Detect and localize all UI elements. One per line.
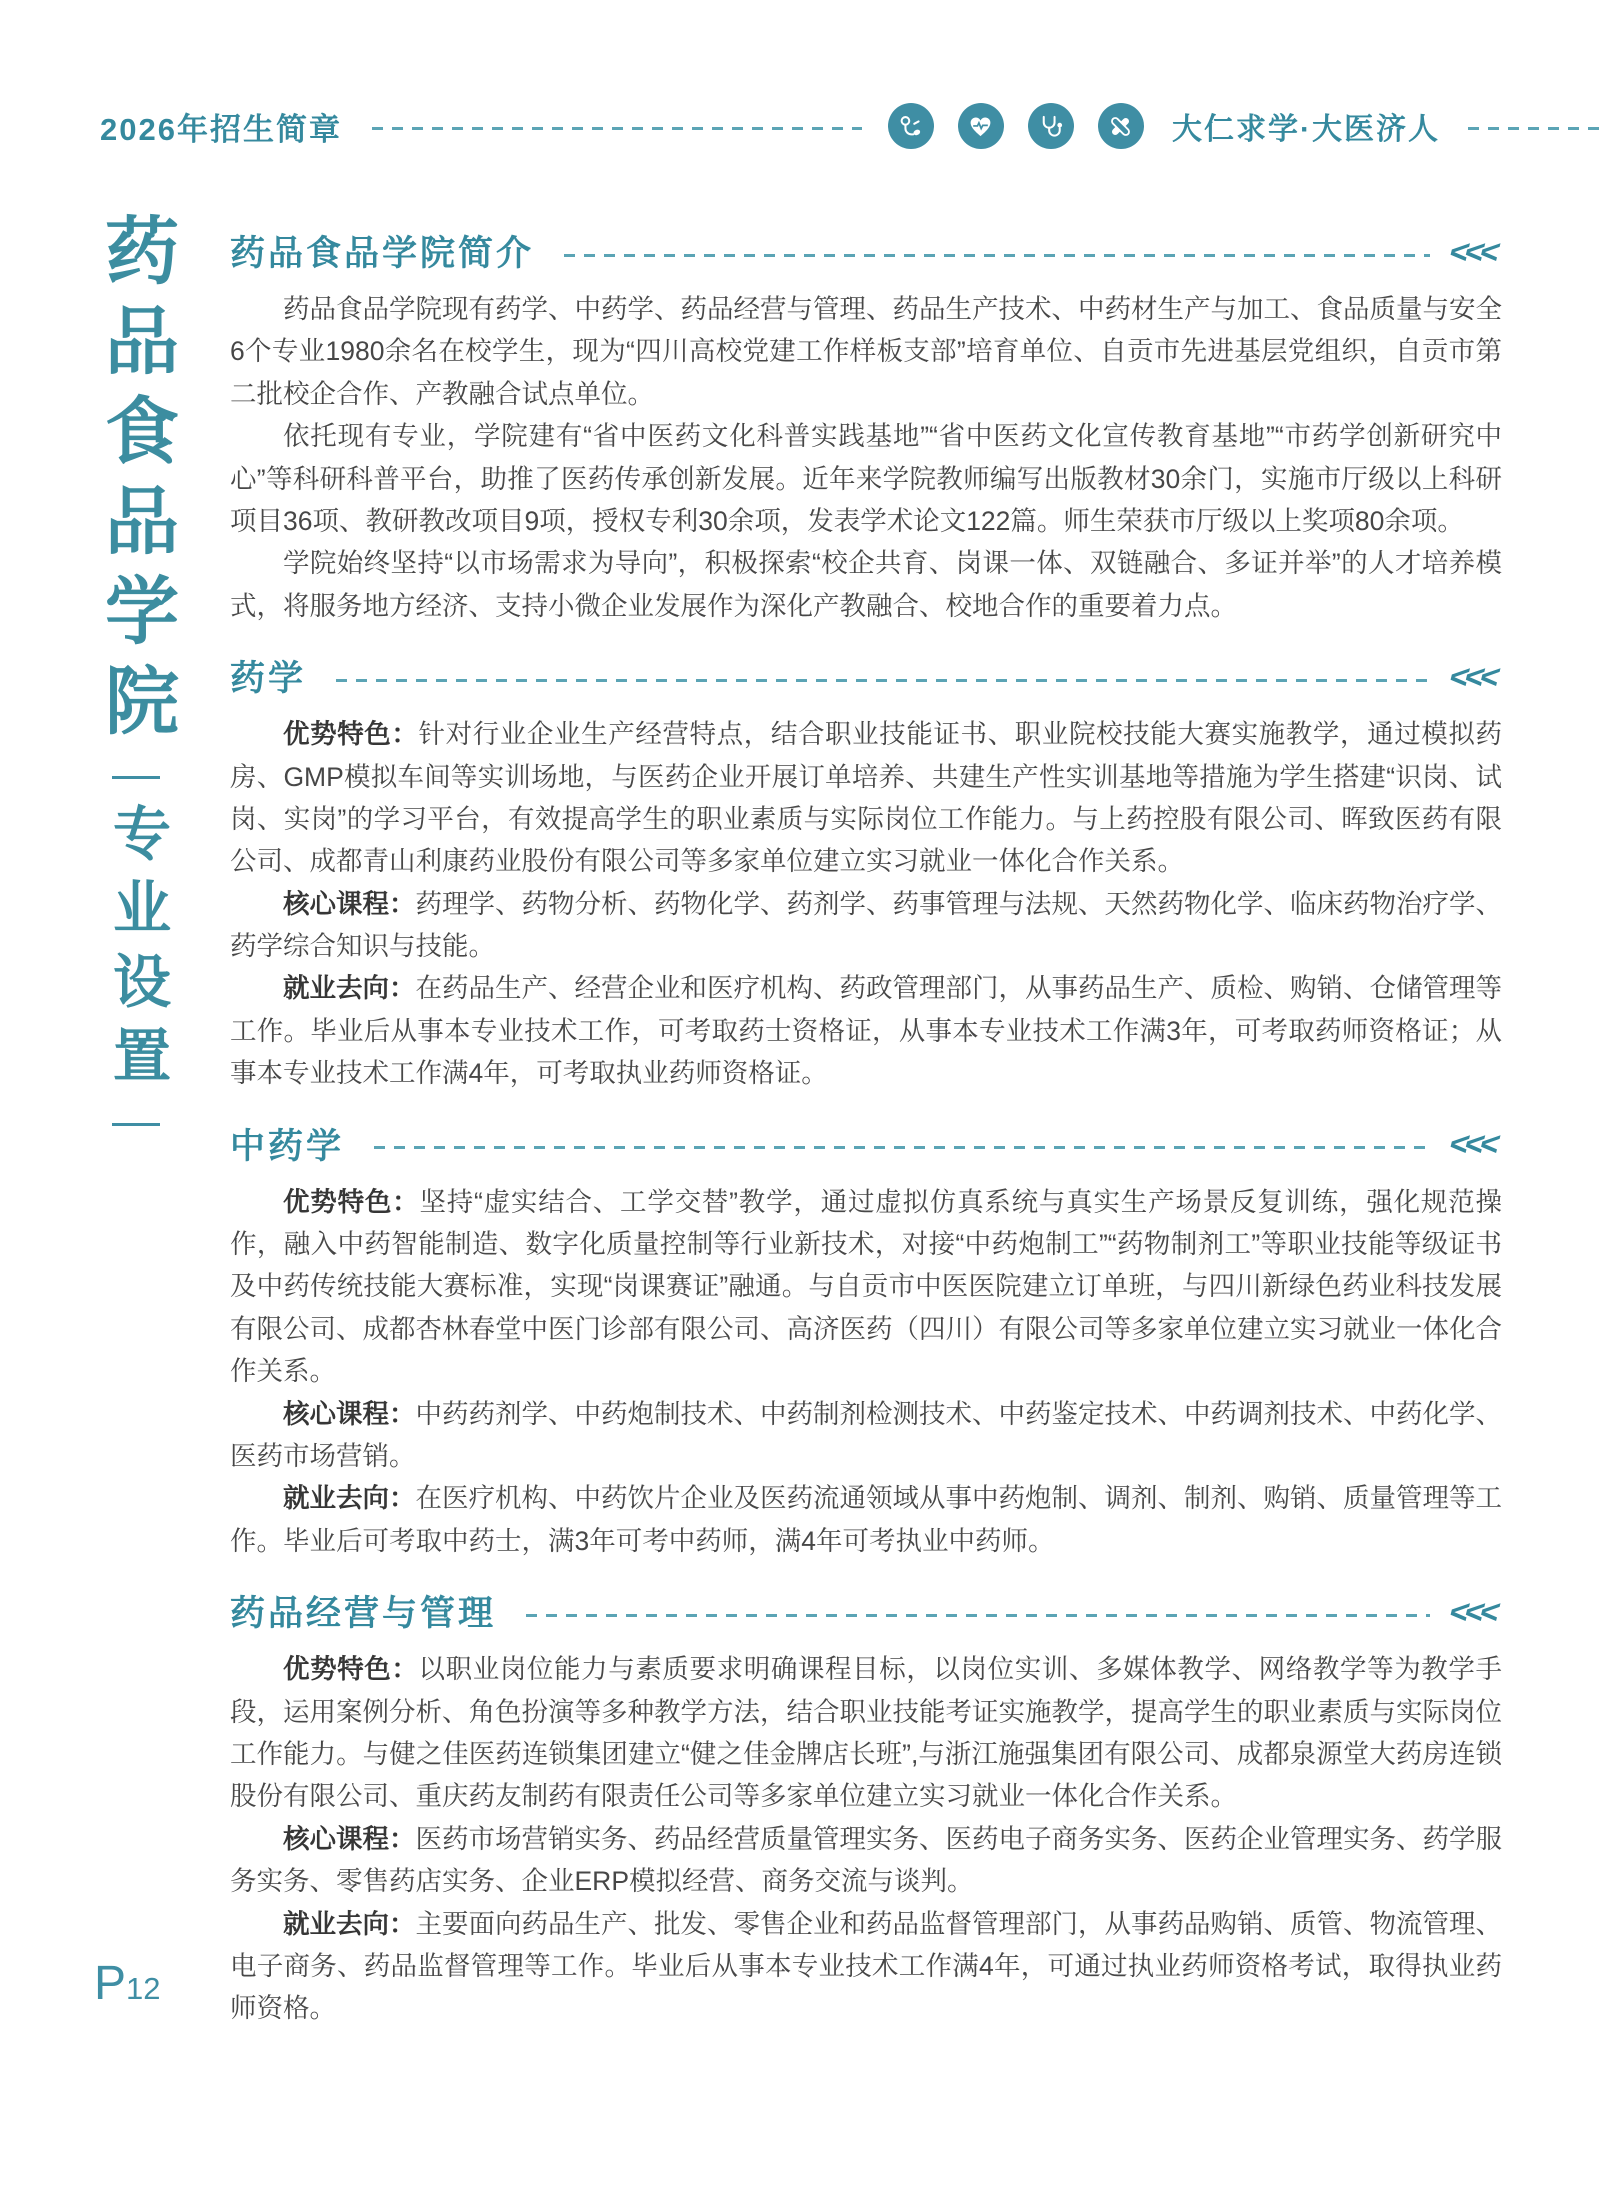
feature-item: 优势特色：以职业岗位能力与素质要求明确课程目标，以岗位实训、多媒体教学、网络教学… (230, 1648, 1502, 1818)
item-text: 药理学、药物分析、药物化学、药剂学、药事管理与法规、天然药物化学、临床药物治疗学… (230, 889, 1502, 961)
intro-paragraph: 学院始终坚持“以市场需求为导向”，积极探索“校企共育、岗课一体、双链融合、多证并… (230, 542, 1502, 627)
triple-chevron-left-icon: <<< (1446, 660, 1506, 693)
section-title: 药品食品学院简介 (230, 226, 534, 276)
course-item: 核心课程：中药药剂学、中药炮制技术、中药制剂检测技术、中药鉴定技术、中药调剂技术… (230, 1393, 1502, 1478)
section-header: 药品食品学院简介 <<< (230, 226, 1502, 276)
section-title: 药学 (230, 651, 306, 701)
brochure-title: 2026年招生简章 (100, 104, 342, 149)
item-label: 就业去向： (283, 1909, 416, 1939)
item-label: 优势特色： (283, 1654, 419, 1684)
item-text: 针对行业企业生产经营特点，结合职业技能证书、职业院校技能大赛实施教学，通过模拟药… (230, 719, 1502, 876)
pressure-gauge-icon (888, 103, 934, 149)
brochure-page: 2026年招生简章 (0, 0, 1600, 2186)
item-label: 就业去向： (283, 1483, 416, 1513)
section-dashed-line (374, 1146, 1430, 1149)
heartbeat-heart-icon (958, 103, 1004, 149)
item-text: 在药品生产、经营企业和医疗机构、药政管理部门，从事药品生产、质检、购销、仓储管理… (230, 973, 1502, 1088)
college-name-vertical: 药品食品学院 (99, 212, 173, 752)
content-column: 药品食品学院简介 <<< 药品食品学院现有药学、中药学、药品经营与管理、药品生产… (230, 226, 1502, 2054)
item-text: 以职业岗位能力与素质要求明确课程目标，以岗位实训、多媒体教学、网络教学等为教学手… (230, 1654, 1502, 1811)
course-item: 核心课程：药理学、药物分析、药物化学、药剂学、药事管理与法规、天然药物化学、临床… (230, 883, 1502, 968)
career-item: 就业去向：在医疗机构、中药饮片企业及医药流通领域从事中药炮制、调剂、制剂、购销、… (230, 1477, 1502, 1562)
header-dashed-line-right (1468, 127, 1600, 130)
school-motto: 大仁求学·大医济人 (1172, 104, 1440, 148)
triple-chevron-left-icon: <<< (1446, 1127, 1506, 1160)
item-label: 优势特色： (283, 1187, 419, 1217)
item-text: 坚持“虚实结合、工学交替”教学，通过虚拟仿真系统与真实生产场景反复训练，强化规范… (230, 1187, 1502, 1387)
sidebar-divider-top (112, 776, 160, 779)
section-dashed-line (564, 254, 1430, 257)
section-label-vertical: 专业设置 (107, 803, 165, 1099)
page-header: 2026年招生简章 (100, 94, 1600, 158)
page-number-value: 12 (126, 1971, 160, 2006)
feature-item: 优势特色：坚持“虚实结合、工学交替”教学，通过虚拟仿真系统与真实生产场景反复训练… (230, 1181, 1502, 1393)
triple-chevron-left-icon: <<< (1446, 1595, 1506, 1628)
item-label: 核心课程： (283, 1399, 416, 1429)
section-pharmacy: 药学 <<< 优势特色：针对行业企业生产经营特点，结合职业技能证书、职业院校技能… (230, 651, 1502, 1095)
section-header: 药学 <<< (230, 651, 1502, 701)
triple-chevron-left-icon: <<< (1446, 235, 1506, 268)
course-item: 核心课程：医药市场营销实务、药品经营质量管理实务、医药电子商务实务、医药企业管理… (230, 1818, 1502, 1903)
section-drug-management: 药品经营与管理 <<< 优势特色：以职业岗位能力与素质要求明确课程目标，以岗位实… (230, 1586, 1502, 2030)
intro-paragraph: 依托现有专业，学院建有“省中医药文化科普实践基地”“省中医药文化宣传教育基地”“… (230, 415, 1502, 542)
crossed-bandages-icon (1098, 103, 1144, 149)
career-item: 就业去向：主要面向药品生产、批发、零售企业和药品监督管理部门，从事药品购销、质管… (230, 1903, 1502, 2030)
item-text: 主要面向药品生产、批发、零售企业和药品监督管理部门，从事药品购销、质管、物流管理… (230, 1909, 1502, 2024)
intro-paragraph: 药品食品学院现有药学、中药学、药品经营与管理、药品生产技术、中药材生产与加工、食… (230, 288, 1502, 415)
item-label: 就业去向： (283, 973, 416, 1003)
item-label: 优势特色： (283, 719, 419, 749)
header-dashed-line-left (372, 127, 862, 130)
item-text: 医药市场营销实务、药品经营质量管理实务、医药电子商务实务、医药企业管理实务、药学… (230, 1824, 1502, 1896)
section-title: 中药学 (230, 1119, 344, 1169)
section-tcm-pharmacy: 中药学 <<< 优势特色：坚持“虚实结合、工学交替”教学，通过虚拟仿真系统与真实… (230, 1119, 1502, 1563)
item-label: 核心课程： (283, 1824, 416, 1854)
page-number-prefix: P (94, 1957, 126, 2010)
header-icon-row (888, 103, 1144, 149)
section-dashed-line (526, 1614, 1430, 1617)
item-text: 在医疗机构、中药饮片企业及医药流通领域从事中药炮制、调剂、制剂、购销、质量管理等… (230, 1483, 1502, 1555)
page-number: P12 (94, 1956, 161, 2011)
item-label: 核心课程： (283, 889, 416, 919)
section-title: 药品经营与管理 (230, 1586, 496, 1636)
sidebar: 药品食品学院 专业设置 (90, 212, 182, 1150)
stethoscope-icon (1028, 103, 1074, 149)
sidebar-divider-bottom (112, 1123, 160, 1126)
career-item: 就业去向：在药品生产、经营企业和医疗机构、药政管理部门，从事药品生产、质检、购销… (230, 967, 1502, 1094)
section-dashed-line (336, 679, 1430, 682)
section-header: 药品经营与管理 <<< (230, 1586, 1502, 1636)
section-college-intro: 药品食品学院简介 <<< 药品食品学院现有药学、中药学、药品经营与管理、药品生产… (230, 226, 1502, 627)
feature-item: 优势特色：针对行业企业生产经营特点，结合职业技能证书、职业院校技能大赛实施教学，… (230, 713, 1502, 883)
item-text: 中药药剂学、中药炮制技术、中药制剂检测技术、中药鉴定技术、中药调剂技术、中药化学… (230, 1399, 1502, 1471)
section-header: 中药学 <<< (230, 1119, 1502, 1169)
